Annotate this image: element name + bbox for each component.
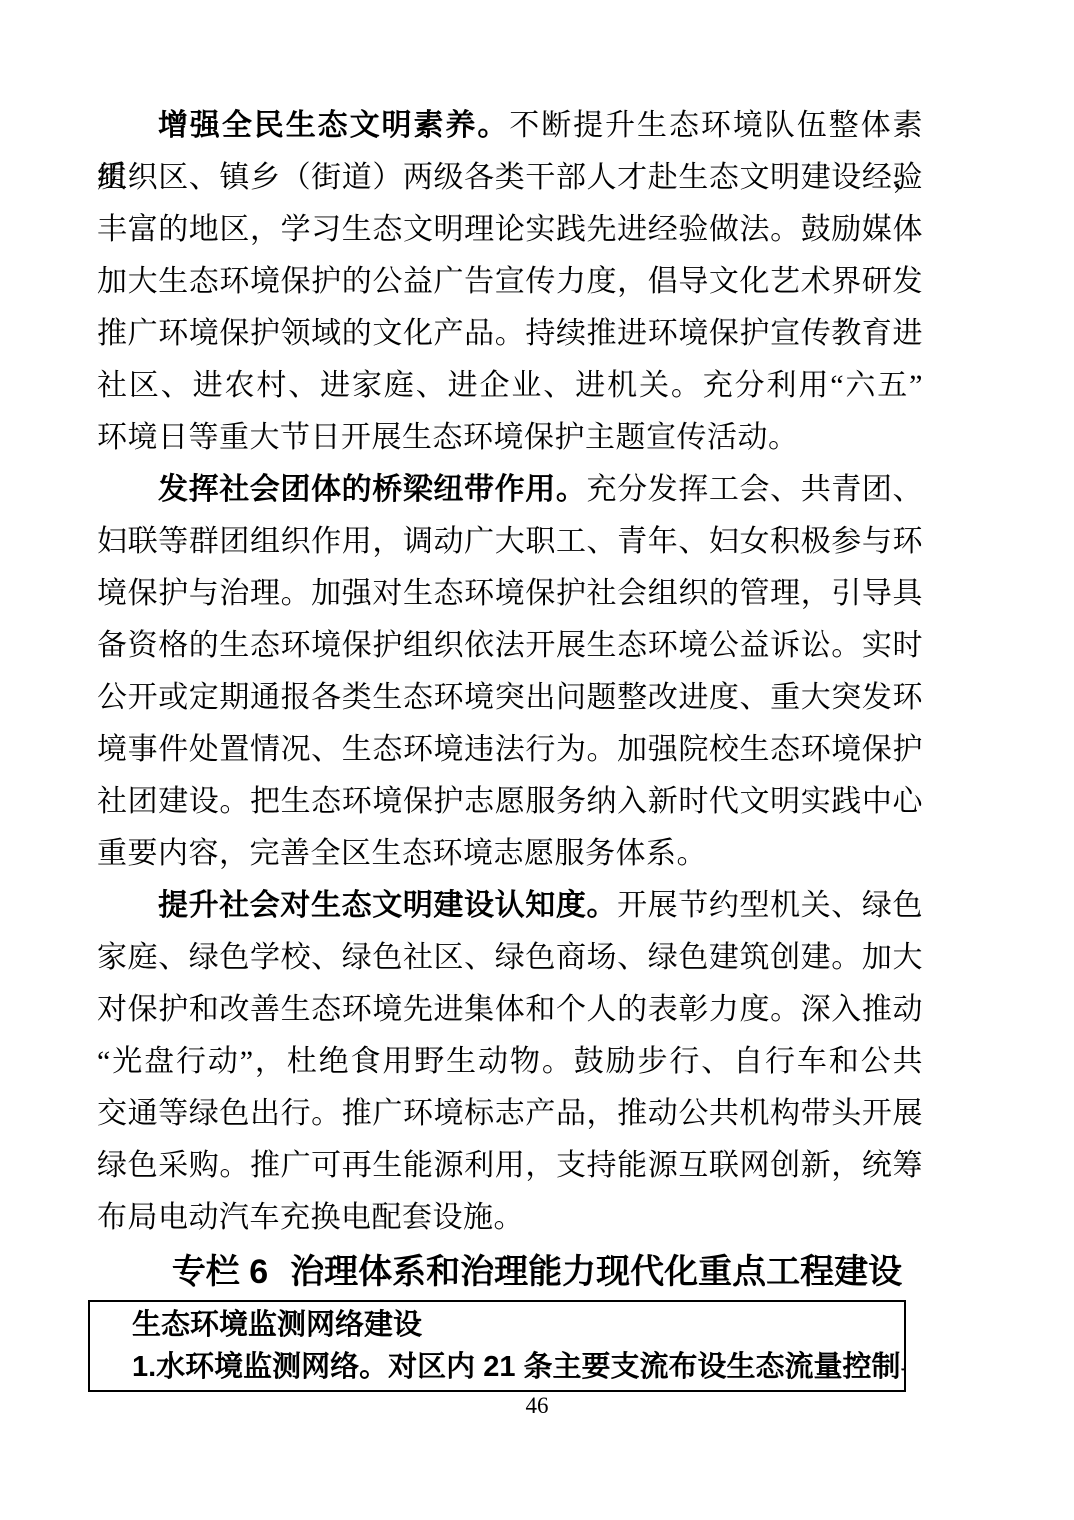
document-page: 增强全民生态文明素养。不断提升生态环境队伍整体素质， 组织区、镇乡（街道）两级各… (0, 0, 1074, 1520)
text-line: 丰富的地区，学习生态文明理论实践先进经验做法。鼓励媒体 (97, 204, 923, 256)
text-line: 布局电动汽车充换电配套设施。 (97, 1192, 923, 1244)
box-section-title: 生态环境监测网络建设 (90, 1304, 904, 1346)
text-line: 组织区、镇乡（街道）两级各类干部人才赴生态文明建设经验 (97, 152, 923, 204)
text-line: 环境日等重大节日开展生态环境保护主题宣传活动。 (97, 412, 923, 464)
box-item-line: 1.水环境监测网络。对区内 21 条主要支流布设生态流量控制与考 (90, 1346, 904, 1388)
text-line: 交通等绿色出行。推广环境标志产品，推动公共机构带头开展 (97, 1088, 923, 1140)
text-line: 增强全民生态文明素养。不断提升生态环境队伍整体素质， (97, 100, 923, 152)
page-number: 46 (0, 1392, 1074, 1420)
paragraph-lead: 发挥社会团体的桥梁纽带作用。 (158, 473, 586, 506)
paragraph-public-awareness: 提升社会对生态文明建设认知度。开展节约型机关、绿色 家庭、绿色学校、绿色社区、绿… (97, 880, 923, 1244)
column-title: 治理体系和治理能力现代化重点工程建设 (290, 1253, 902, 1291)
column-6-heading: 专栏 6治理体系和治理能力现代化重点工程建设 (0, 1248, 1074, 1296)
text-line: 境保护与治理。加强对生态环境保护社会组织的管理，引导具 (97, 568, 923, 620)
text-line: 绿色采购。推广可再生能源利用，支持能源互联网创新，统筹 (97, 1140, 923, 1192)
paragraph-text: 开展节约型机关、绿色 (617, 889, 923, 922)
column-6-box: 生态环境监测网络建设 1.水环境监测网络。对区内 21 条主要支流布设生态流量控… (88, 1300, 906, 1392)
text-line: 重要内容，完善全区生态环境志愿服务体系。 (97, 828, 923, 880)
text-line: 发挥社会团体的桥梁纽带作用。充分发挥工会、共青团、 (97, 464, 923, 516)
text-line: 家庭、绿色学校、绿色社区、绿色商场、绿色建筑创建。加大 (97, 932, 923, 984)
paragraph-lead: 增强全民生态文明素养。 (158, 109, 509, 142)
text-line: 备资格的生态环境保护组织依法开展生态环境公益诉讼。实时 (97, 620, 923, 672)
paragraph-text: 充分发挥工会、共青团、 (586, 473, 923, 506)
text-line: 加大生态环境保护的公益广告宣传力度，倡导文化艺术界研发 (97, 256, 923, 308)
text-line: 提升社会对生态文明建设认知度。开展节约型机关、绿色 (97, 880, 923, 932)
column-number-label: 专栏 6 (172, 1253, 268, 1291)
text-line: 境事件处置情况、生态环境违法行为。加强院校生态环境保护 (97, 724, 923, 776)
text-line: 社团建设。把生态环境保护志愿服务纳入新时代文明实践中心 (97, 776, 923, 828)
paragraph-eco-literacy: 增强全民生态文明素养。不断提升生态环境队伍整体素质， 组织区、镇乡（街道）两级各… (97, 100, 923, 464)
text-line: “光盘行动”，杜绝食用野生动物。鼓励步行、自行车和公共 (97, 1036, 923, 1088)
body-text: 增强全民生态文明素养。不断提升生态环境队伍整体素质， 组织区、镇乡（街道）两级各… (97, 100, 923, 1244)
paragraph-lead: 提升社会对生态文明建设认知度。 (158, 889, 617, 922)
paragraph-social-groups: 发挥社会团体的桥梁纽带作用。充分发挥工会、共青团、 妇联等群团组织作用，调动广大… (97, 464, 923, 880)
text-line: 推广环境保护领域的文化产品。持续推进环境保护宣传教育进 (97, 308, 923, 360)
text-line: 公开或定期通报各类生态环境突出问题整改进度、重大突发环 (97, 672, 923, 724)
text-line: 对保护和改善生态环境先进集体和个人的表彰力度。深入推动 (97, 984, 923, 1036)
text-line: 社区、进农村、进家庭、进企业、进机关。充分利用“六五” (97, 360, 923, 412)
text-line: 妇联等群团组织作用，调动广大职工、青年、妇女积极参与环 (97, 516, 923, 568)
